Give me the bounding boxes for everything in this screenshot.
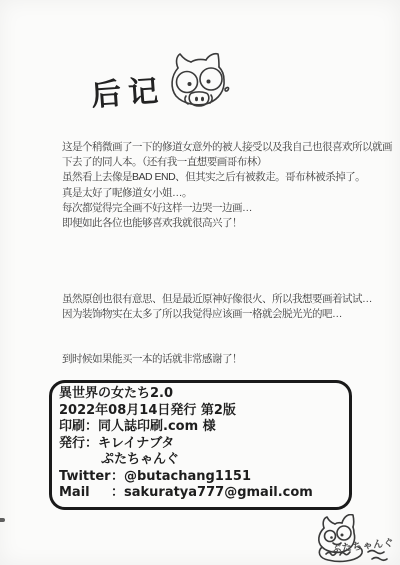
- twitter-label: Twitter: [59, 469, 111, 486]
- twitter-value: ：@butachang1151: [111, 469, 251, 486]
- book-title: 異世界の女たち2.0: [59, 386, 341, 403]
- mail-value: ：sakuratya777@gmail.com: [111, 485, 313, 502]
- mail-row: Mail ：sakuratya777@gmail.com: [59, 485, 341, 502]
- publisher-line: 発行：キレイナブタ: [59, 436, 341, 453]
- edition-line: 2022年08月14日発行 第2版: [59, 403, 341, 420]
- afterword-paragraph-2: 虽然原创也很有意思、但是最近原神好像很火、所以我想要画着试试… 因为装饰物实在太…: [62, 292, 372, 322]
- pig-face-doodle: [166, 52, 230, 110]
- twitter-row: Twitter ：@butachang1151: [59, 469, 341, 486]
- printer-line: 印刷：同人誌印刷.com 様: [59, 419, 341, 436]
- colophon-box: 異世界の女たち2.0 2022年08月14日発行 第2版 印刷：同人誌印刷.co…: [49, 380, 352, 510]
- afterword-paragraph-1: 这是个稍微画了一下的修道女意外的被人接受以及我自己也很喜欢所以就画 下去了的同人…: [62, 140, 392, 231]
- afterword-page: 后记 这是个稍微画了一下的修道女意外的被: [0, 0, 400, 565]
- mail-label: Mail: [59, 485, 111, 502]
- scan-speck: [0, 518, 5, 522]
- page-title: 后记: [90, 65, 167, 114]
- circle-name-line: ぷたちゃんぐ: [59, 452, 341, 469]
- thanks-line: 到时候如果能买一本的话就非常感谢了！: [62, 352, 242, 367]
